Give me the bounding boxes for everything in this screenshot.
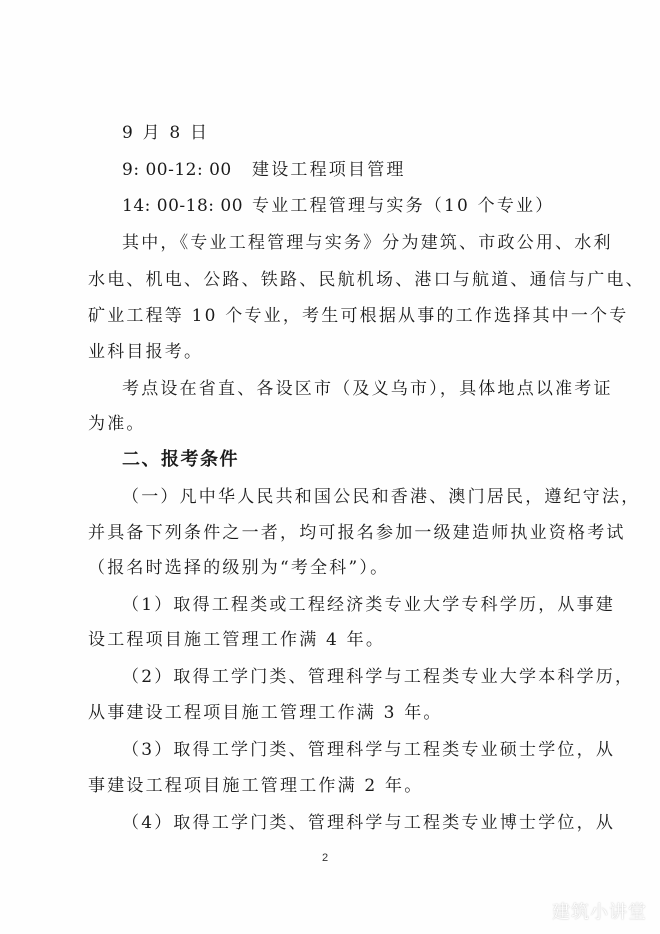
session-time: 9: 00-12: 00 <box>122 155 252 185</box>
condition-item-1-cont: 设工程项目施工管理工作满 4 年。 <box>88 625 576 655</box>
schedule-session-2: 14: 00-18: 00专业工程管理与实务（10 个专业） <box>122 191 576 221</box>
section-heading: 二、报考条件 <box>122 445 576 475</box>
paragraph-line: （一）凡中华人民共和国公民和香港、澳门居民，遵纪守法， <box>122 482 576 512</box>
exam-date: 9 月 8 日 <box>122 118 576 148</box>
condition-item-2: （2）取得工学门类、管理科学与工程类专业大学本科学历， <box>122 662 576 692</box>
condition-item-2-cont: 从事建设工程项目施工管理工作满 3 年。 <box>88 698 576 728</box>
schedule-session-1: 9: 00-12: 00建设工程项目管理 <box>122 155 576 185</box>
paragraph-line: 业科目报考。 <box>88 337 576 367</box>
document-page: 9 月 8 日 9: 00-12: 00建设工程项目管理 14: 00-18: … <box>0 0 660 934</box>
session-time: 14: 00-18: 00 <box>122 191 252 221</box>
paragraph-line: 为准。 <box>88 409 576 439</box>
condition-item-1: （1）取得工程类或工程经济类专业大学专科学历，从事建 <box>122 590 576 620</box>
paragraph-line: 其中，《专业工程管理与实务》分为建筑、市政公用、水利 <box>122 228 576 258</box>
page-number: 2 <box>322 852 328 864</box>
paragraph-line: 考点设在省直、各设区市（及义乌市），具体地点以准考证 <box>122 374 576 404</box>
paragraph-line: 矿业工程等 10 个专业，考生可根据从事的工作选择其中一个专 <box>88 301 576 331</box>
paragraph-line: 并具备下列条件之一者，均可报名参加一级建造师执业资格考试 <box>88 518 576 548</box>
session-subject: 专业工程管理与实务（10 个专业） <box>252 196 554 216</box>
paragraph-line: 水电、机电、公路、铁路、民航机场、港口与航道、通信与广电、 <box>88 265 576 295</box>
condition-item-4: （4）取得工学门类、管理科学与工程类专业博士学位，从 <box>122 808 576 838</box>
paragraph-line: （报名时选择的级别为“考全科”）。 <box>88 553 576 583</box>
condition-item-3: （3）取得工学门类、管理科学与工程类专业硕士学位，从 <box>122 735 576 765</box>
session-subject: 建设工程项目管理 <box>252 160 406 180</box>
condition-item-3-cont: 事建设工程项目施工管理工作满 2 年。 <box>88 771 576 801</box>
watermark: 建筑小讲堂 <box>552 898 647 924</box>
